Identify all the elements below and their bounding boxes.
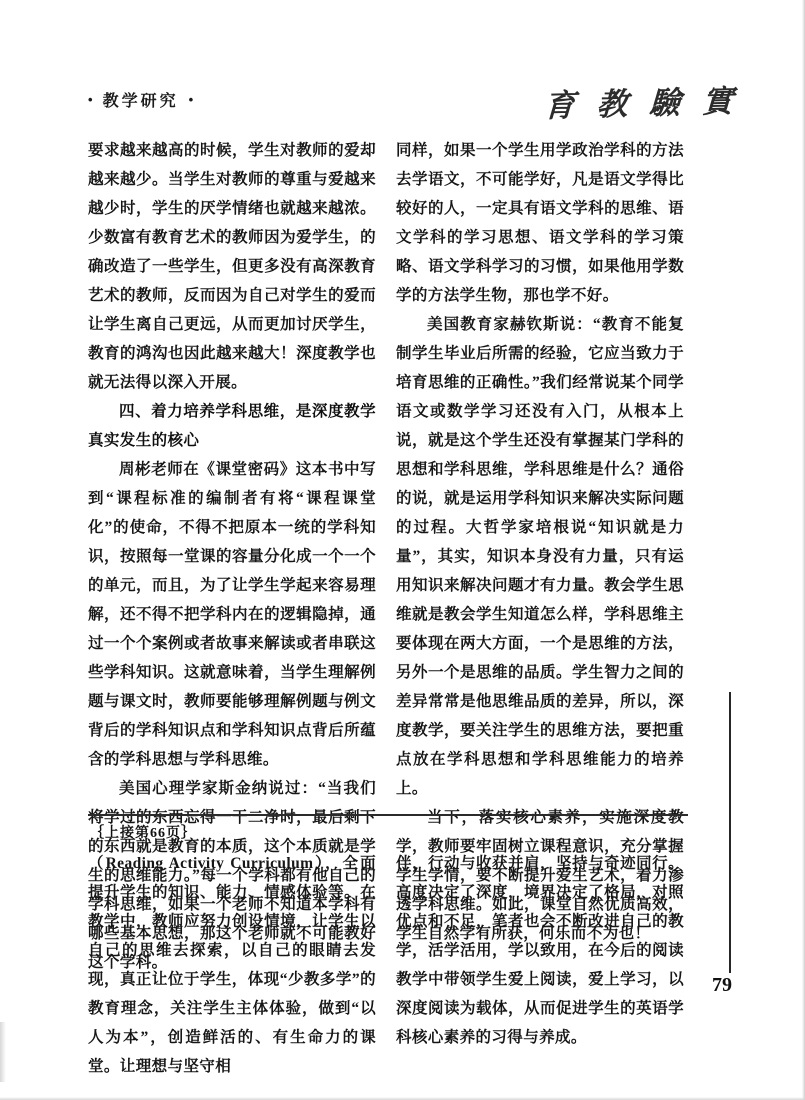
column-title-text: 教学研究 [103, 88, 179, 111]
continued-right-column: 伴，行动与收获并肩，坚持与奇迹同行。高度决定了深度，境界决定了格局，对照优点和不… [396, 849, 684, 1081]
paragraph-cont-left: （Reading Activity Curriculum），全面提升学生的知识、… [88, 849, 376, 1081]
section-divider [88, 814, 688, 816]
paragraph-right-2: 美国教育家赫钦斯说：“教育不能复制学生毕业后所需的经验，它应当致力于培育思维的正… [396, 310, 684, 803]
column-title: • 教学研究 • [88, 88, 193, 111]
section-heading: 四、着力培养学科思维，是深度教学真实发生的核心 [88, 397, 376, 455]
paragraph-left-1: 要求越来越高的时候，学生对教师的爱却越来越少。当学生对教师的尊重与爱越来越少时，… [88, 136, 376, 397]
page-number: 79 [712, 974, 732, 997]
journal-logo-calligraphy: 育 教 驗 實 [543, 75, 741, 125]
continued-left-column: （Reading Activity Curriculum），全面提升学生的知识、… [88, 849, 376, 1081]
journal-logo: 育 教 驗 實 [538, 74, 688, 126]
margin-rule [729, 692, 731, 973]
scan-smudge [0, 1022, 6, 1082]
bullet-icon: • [189, 92, 194, 107]
paragraph-left-2: 周彬老师在《课堂密码》这本书中写到“课程标准的编制者有将“课程课堂化”的使命，不… [88, 455, 376, 774]
journal-page: • 教学研究 • 育 教 驗 實 要求越来越高的时候，学生对教师的爱却越来越少。… [0, 0, 805, 1100]
paragraph-right-1: 同样，如果一个学生用学政治学科的方法去学语文，不可能学好，凡是语文学得比较好的人… [396, 136, 684, 310]
continued-article: （Reading Activity Curriculum），全面提升学生的知识、… [88, 849, 684, 1081]
bullet-icon: • [88, 92, 93, 107]
paragraph-cont-right: 伴，行动与收获并肩，坚持与奇迹同行。高度决定了深度，境界决定了格局，对照优点和不… [396, 849, 684, 1052]
continued-from-note: ｛上接第66页｝ [90, 822, 196, 842]
